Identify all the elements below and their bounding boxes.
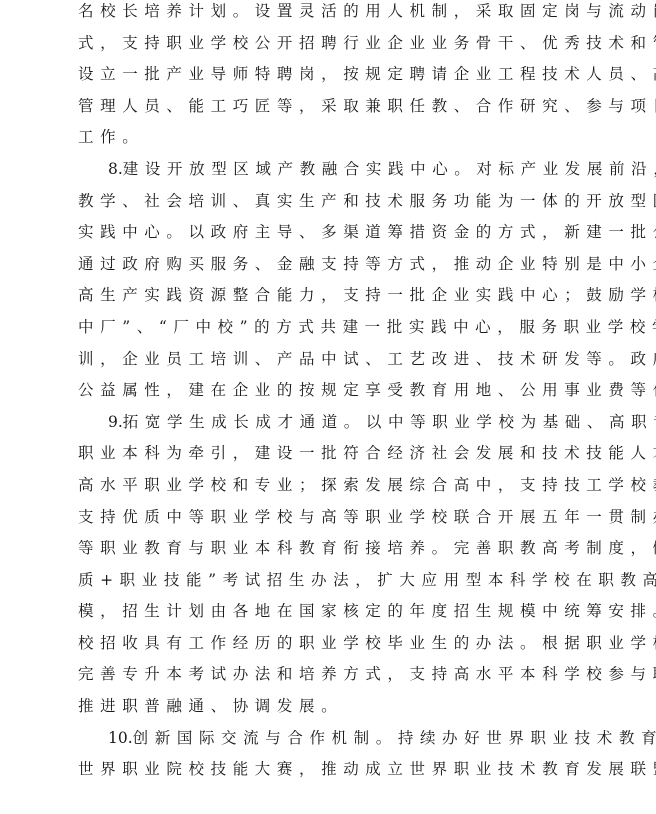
text-line: 式，支持职业学校公开招聘行业企业业务骨干、优秀技术和管理人才任教； [78, 28, 582, 60]
text-line: 中厂”、“厂中校”的方式共建一批实践中心，服务职业学校学生实习实 [78, 312, 582, 344]
paragraph-heading-text: 建设开放型区域产教融合实践中心。对标产业发展前沿，建设集实践 [123, 160, 656, 178]
text-line: 等职业教育与职业本科教育衔接培养。完善职教高考制度，健全“文化素 [78, 533, 582, 565]
text-line-first: 9.拓宽学生成长成才通道。以中等职业学校为基础、高职专科为主体、 [78, 407, 582, 439]
text-line: 名校长培养计划。设置灵活的用人机制，采取固定岗与流动岗相结合的方 [78, 0, 582, 28]
text-line: 教学、社会培训、真实生产和技术服务功能为一体的开放型区域产教融合 [78, 186, 582, 218]
text-line: 校招收具有工作经历的职业学校毕业生的办法。根据职业学校学生特点， [78, 628, 582, 660]
text-line: 训，企业员工培训、产品中试、工艺改进、技术研发等。政府投入的保持 [78, 344, 582, 376]
text-line: 实践中心。以政府主导、多渠道筹措资金的方式，新建一批公共实践中心； [78, 217, 582, 249]
paragraph-10: 10.创新国际交流与合作机制。持续办好世界职业技术教育发展大会和 世界职业院校技… [78, 723, 582, 786]
paragraph-heading-text: 创新国际交流与合作机制。持续办好世界职业技术教育发展大会和 [133, 729, 656, 747]
text-line: 职业本科为牵引，建设一批符合经济社会发展和技术技能人才培养需要的 [78, 438, 582, 470]
text-line-first: 8.建设开放型区域产教融合实践中心。对标产业发展前沿，建设集实践 [78, 154, 582, 186]
text-line-first: 10.创新国际交流与合作机制。持续办好世界职业技术教育发展大会和 [78, 723, 582, 755]
paragraph-9: 9.拓宽学生成长成才通道。以中等职业学校为基础、高职专科为主体、 职业本科为牵引… [78, 407, 582, 723]
text-line: 通过政府购买服务、金融支持等方式，推动企业特别是中小企业、园区提 [78, 249, 582, 281]
document-page: 名校长培养计划。设置灵活的用人机制，采取固定岗与流动岗相结合的方 式，支持职业学… [78, 0, 582, 786]
text-line: 工作。 [78, 122, 582, 154]
text-line: 支持优质中等职业学校与高等职业学校联合开展五年一贯制办学，开展中 [78, 502, 582, 534]
paragraph-heading-text: 拓宽学生成长成才通道。以中等职业学校为基础、高职专科为主体、 [123, 413, 656, 431]
text-line: 设立一批产业导师特聘岗，按规定聘请企业工程技术人员、高技能人才、 [78, 59, 582, 91]
paragraph-number: 8. [108, 160, 123, 178]
paragraph-7-continued: 名校长培养计划。设置灵活的用人机制，采取固定岗与流动岗相结合的方 式，支持职业学… [78, 0, 582, 154]
text-line: 模，招生计划由各地在国家核定的年度招生规模中统筹安排。完善本科学 [78, 596, 582, 628]
text-line: 高水平职业学校和专业；探索发展综合高中，支持技工学校教育改革发展。 [78, 470, 582, 502]
paragraph-number: 9. [108, 413, 123, 431]
text-line: 公益属性，建在企业的按规定享受教育用地、公用事业费等优惠。 [78, 375, 582, 407]
text-line: 质+职业技能”考试招生办法，扩大应用型本科学校在职教高考中的招生规 [78, 565, 582, 597]
text-line: 高生产实践资源整合能力，支持一批企业实践中心；鼓励学校、企业以“校 [78, 280, 582, 312]
paragraph-number: 10. [108, 729, 133, 747]
text-line: 推进职普融通、协调发展。 [78, 691, 582, 723]
paragraph-8: 8.建设开放型区域产教融合实践中心。对标产业发展前沿，建设集实践 教学、社会培训… [78, 154, 582, 407]
text-line: 世界职业院校技能大赛，推动成立世界职业技术教育发展联盟。立足区域 [78, 754, 582, 786]
text-line: 管理人员、能工巧匠等，采取兼职任教、合作研究、参与项目等方式到校 [78, 91, 582, 123]
text-line: 完善专升本考试办法和培养方式，支持高水平本科学校参与职业教育改革， [78, 659, 582, 691]
